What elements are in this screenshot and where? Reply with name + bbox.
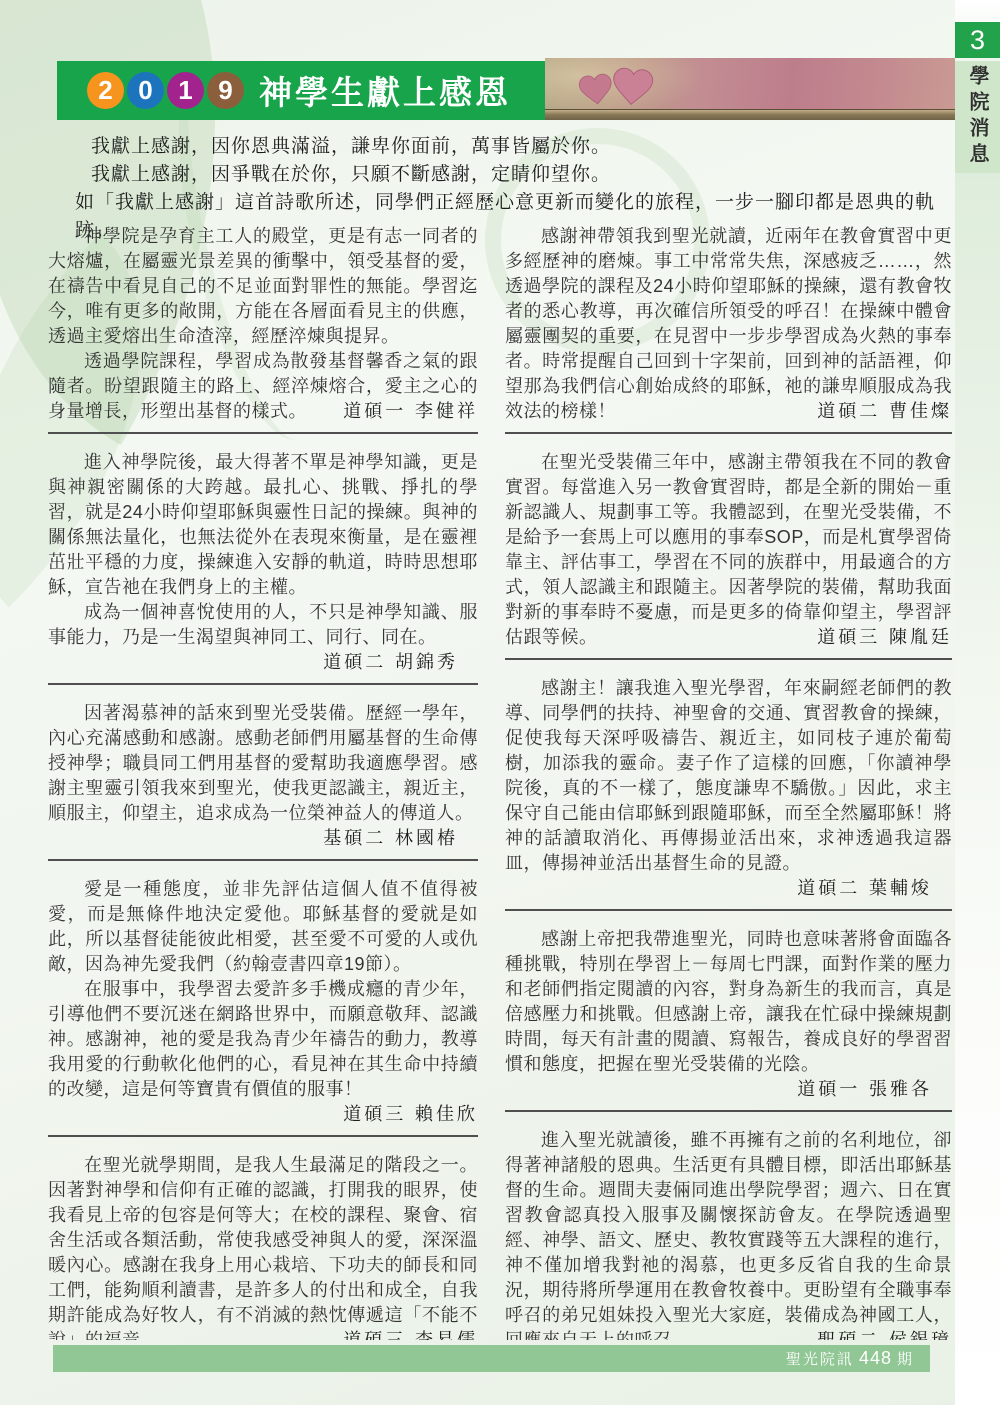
section-divider bbox=[505, 432, 952, 434]
testimonial: 在聖光就學期間，是我人生最滿足的階段之一。因著對神學和信仰有正確的認識，打開我的… bbox=[48, 1153, 478, 1340]
signature-line: 道碩一 張雅各 bbox=[505, 1077, 952, 1102]
testimonial: 感謝上帝把我帶進聖光，同時也意味著將會面臨各種挑戰，特別在學習上－每周七門課，面… bbox=[505, 927, 952, 1102]
section-divider bbox=[505, 658, 952, 660]
left-column: 神學院是孕育主工人的殿堂，更是有志一同者的大熔爐，在屬靈光景差異的衝擊中，領受基… bbox=[48, 224, 478, 1340]
year-digit: 9 bbox=[207, 72, 244, 109]
signature: 道碩二 曹佳燦 bbox=[781, 399, 952, 424]
signature: 道碩二 胡錦秀 bbox=[323, 652, 458, 673]
year-digit: 1 bbox=[167, 72, 204, 109]
intro-line: 我獻上感謝，因爭戰在於你，只願不斷感謝，定睛仰望你。 bbox=[75, 160, 965, 188]
signature: 基碩二 林國椿 bbox=[323, 828, 458, 849]
newsletter-page: 3 學院消息 2 0 1 9 神學生獻上感恩 我獻上感謝，因你恩典滿溢，謙卑你面… bbox=[0, 0, 1000, 1405]
footer-bar: 聖光院訊 448 期 bbox=[53, 1345, 930, 1372]
intro-line: 我獻上感謝，因你恩典滿溢，謙卑你面前，萬事皆屬於你。 bbox=[75, 132, 965, 160]
signature: 道碩三 李易儒 bbox=[307, 1328, 478, 1340]
testimonial-paragraph: 在聖光受裝備三年中，感謝主帶領我在不同的教會實習。每當進入另一教會實習時，都是全… bbox=[505, 450, 952, 650]
two-hearts-icon bbox=[577, 65, 661, 113]
testimonial-paragraph: 神學院是孕育主工人的殿堂，更是有志一同者的大熔爐，在屬靈光景差異的衝擊中，領受基… bbox=[48, 224, 478, 349]
year-digit: 0 bbox=[127, 72, 164, 109]
paragraph-text: 感謝神帶領我到聖光就讀，近兩年在教會實習中更多經歷神的磨煉。事工中常常失焦，深感… bbox=[505, 226, 952, 421]
testimonial-paragraph: 愛是一種態度，並非先評估這個人值不值得被愛，而是無條件地決定愛他。耶穌基督的愛就… bbox=[48, 877, 478, 977]
year-2019: 2 0 1 9 bbox=[87, 72, 244, 109]
signature: 道碩一 張雅各 bbox=[797, 1079, 932, 1100]
section-divider bbox=[48, 1135, 478, 1137]
signature: 道碩一 李健祥 bbox=[307, 399, 478, 424]
testimonial: 因著渴慕神的話來到聖光受裝備。歷經一學年，內心充滿感動和感謝。感動老師們用屬基督… bbox=[48, 701, 478, 851]
signature: 道碩二 葉輔焌 bbox=[797, 878, 932, 899]
signature-line: 道碩二 葉輔焌 bbox=[505, 876, 952, 901]
testimonial: 感謝主！讓我進入聖光學習，年來嗣經老師們的教導、同學們的扶持、神聖會的交通、實習… bbox=[505, 676, 952, 901]
testimonial-paragraph: 在聖光就學期間，是我人生最滿足的階段之一。因著對神學和信仰有正確的認識，打開我的… bbox=[48, 1153, 478, 1340]
testimonial-paragraph: 透過學院課程，學習成為散發基督馨香之氣的跟隨者。盼望跟隨主的路上、經淬煉熔合，愛… bbox=[48, 349, 478, 424]
testimonial-paragraph: 進入神學院後，最大得著不單是神學知識，更是與神親密關係的大跨越。最扎心、挑戰、掙… bbox=[48, 450, 478, 600]
testimonial: 進入神學院後，最大得著不單是神學知識，更是與神親密關係的大跨越。最扎心、挑戰、掙… bbox=[48, 450, 478, 675]
section-divider bbox=[48, 432, 478, 434]
paragraph-text: 進入聖光就讀後，雖不再擁有之前的名利地位，卻得著神諸般的恩典。生活更有具體目標，… bbox=[505, 1130, 952, 1340]
testimonial: 進入聖光就讀後，雖不再擁有之前的名利地位，卻得著神諸般的恩典。生活更有具體目標，… bbox=[505, 1128, 952, 1340]
hearts-photo bbox=[545, 58, 955, 120]
section-divider bbox=[48, 683, 478, 685]
testimonial-paragraph: 因著渴慕神的話來到聖光受裝備。歷經一學年，內心充滿感動和感謝。感動老師們用屬基督… bbox=[48, 701, 478, 826]
testimonial: 在聖光受裝備三年中，感謝主帶領我在不同的教會實習。每當進入另一教會實習時，都是全… bbox=[505, 450, 952, 650]
footer-title: 聖光院訊 bbox=[786, 1348, 854, 1369]
testimonial: 感謝神帶領我到聖光就讀，近兩年在教會實習中更多經歷神的磨煉。事工中常常失焦，深感… bbox=[505, 224, 952, 424]
page-number-badge: 3 bbox=[955, 22, 1000, 58]
testimonial-paragraph: 感謝主！讓我進入聖光學習，年來嗣經老師們的教導、同學們的扶持、神聖會的交通、實習… bbox=[505, 676, 952, 876]
right-column: 感謝神帶領我到聖光就讀，近兩年在教會實習中更多經歷神的磨煉。事工中常常失焦，深感… bbox=[505, 224, 952, 1340]
section-divider bbox=[505, 1110, 952, 1112]
page-title: 神學生獻上感恩 bbox=[259, 67, 511, 114]
paragraph-text: 在服事中，我學習去愛許多手機成癮的青少年，引導他們不要沉迷在網路世界中，而願意敬… bbox=[48, 979, 478, 1099]
signature: 聖碩二 侯錫璋 bbox=[781, 1328, 952, 1340]
signature-line: 基碩二 林國椿 bbox=[48, 826, 478, 851]
title-banner: 2 0 1 9 神學生獻上感恩 bbox=[57, 61, 545, 120]
section-divider bbox=[48, 859, 478, 861]
signature: 道碩三 賴佳欣 bbox=[307, 1102, 478, 1127]
paragraph-text: 在聖光就學期間，是我人生最滿足的階段之一。因著對神學和信仰有正確的認識，打開我的… bbox=[48, 1155, 478, 1340]
testimonial: 愛是一種態度，並非先評估這個人值不值得被愛，而是無條件地決定愛他。耶穌基督的愛就… bbox=[48, 877, 478, 1127]
signature: 道碩三 陳胤廷 bbox=[781, 625, 952, 650]
footer-issue-number: 448 bbox=[859, 1348, 892, 1369]
section-divider bbox=[505, 909, 952, 911]
signature-line: 道碩二 胡錦秀 bbox=[48, 650, 478, 675]
testimonial-paragraph: 感謝上帝把我帶進聖光，同時也意味著將會面臨各種挑戰，特別在學習上－每周七門課，面… bbox=[505, 927, 952, 1077]
testimonial-paragraph: 進入聖光就讀後，雖不再擁有之前的名利地位，卻得著神諸般的恩典。生活更有具體目標，… bbox=[505, 1128, 952, 1340]
paragraph-text: 在聖光受裝備三年中，感謝主帶領我在不同的教會實習。每當進入另一教會實習時，都是全… bbox=[505, 452, 952, 647]
testimonial-paragraph: 感謝神帶領我到聖光就讀，近兩年在教會實習中更多經歷神的磨煉。事工中常常失焦，深感… bbox=[505, 224, 952, 424]
testimonial-paragraph: 在服事中，我學習去愛許多手機成癮的青少年，引導他們不要沉迷在網路世界中，而願意敬… bbox=[48, 977, 478, 1102]
testimonial: 神學院是孕育主工人的殿堂，更是有志一同者的大熔爐，在屬靈光景差異的衝擊中，領受基… bbox=[48, 224, 478, 424]
testimonial-paragraph: 成為一個神喜悅使用的人，不只是神學知識、服事能力，乃是一生渴望與神同工、同行、同… bbox=[48, 600, 478, 650]
year-digit: 2 bbox=[87, 72, 124, 109]
footer-issue-unit: 期 bbox=[897, 1348, 914, 1369]
